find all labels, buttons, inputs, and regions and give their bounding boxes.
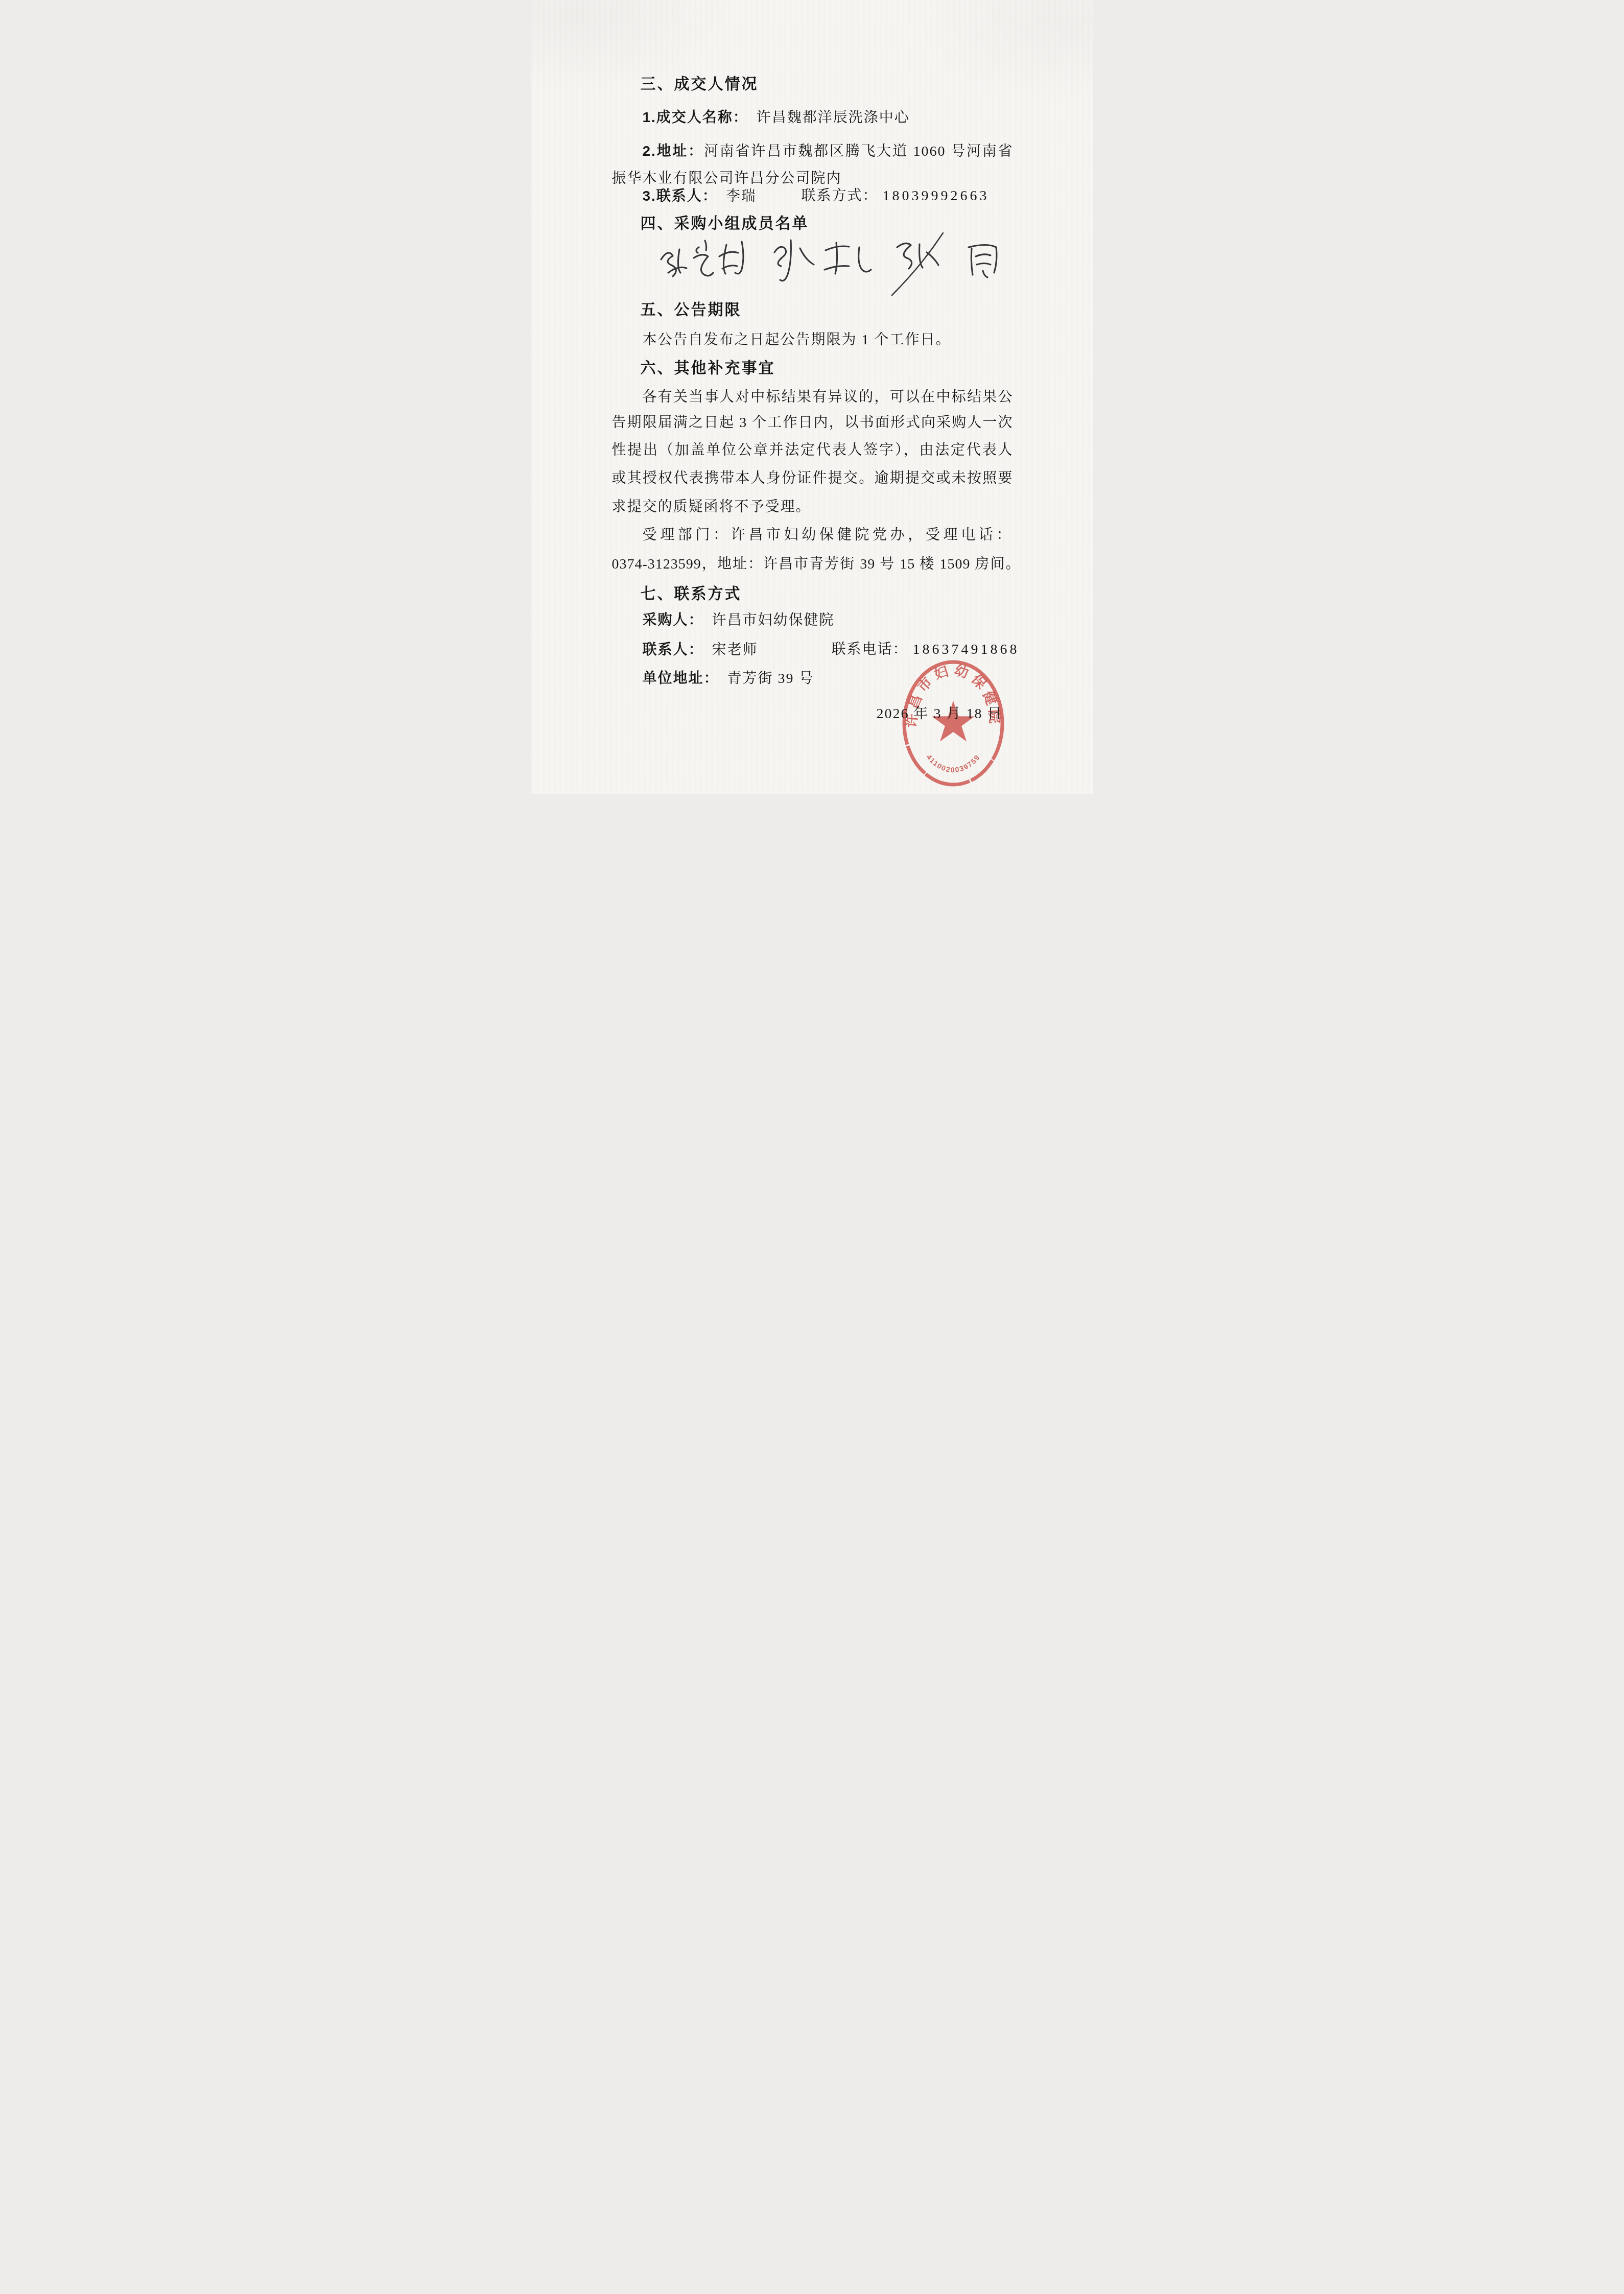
winner-contact-line: 3.联系人：李瑞 联系方式： 18039992663 [643,188,1031,205]
section-7-heading: 七、联系方式 [641,585,742,603]
signature-stroke [825,243,849,274]
winner-name-line: 1.成交人名称：许昌魏都洋辰洗涤中心 [643,109,910,126]
document-date: 2026 年 3 月 18 日 [877,706,1003,722]
objection-line-5: 求提交的质疑函将不予受理。 [612,499,811,515]
winner-address-value: 河南省许昌市魏都区腾飞大道 1060 号河南省 [704,144,1014,159]
signature-stroke [892,233,943,295]
objection-line-3: 性提出（加盖单位公章并法定代表人签字），由法定代表人 [612,442,1014,459]
seal-number: 4110020039759 [925,753,981,774]
contact-line: 联系人：宋老师 联系电话： 18637491868 [643,642,1031,658]
signature-stroke [774,240,791,281]
purchaser-label: 采购人： [643,612,704,628]
winner-contact-label: 3.联系人： [643,188,718,204]
unit-address-value: 青芳街 39 号 [727,671,814,687]
section-3-heading: 三、成交人情况 [641,76,759,93]
notice-period-line: 本公告自发布之日起公告期限为 1 个工作日。 [643,332,951,348]
objection-line-4: 或其授权代表携带本人身份证件提交。逾期提交或未按照要 [612,470,1014,487]
scanned-document-page: 三、成交人情况 1.成交人名称：许昌魏都洋辰洗涤中心 2.地址：河南省许昌市魏都… [531,0,1093,794]
official-seal: 许昌市妇幼保健院 4110020039759 [900,658,1006,789]
signature-stroke [969,245,997,278]
signature-stroke [694,241,713,276]
unit-address-line: 单位地址：青芳街 39 号 [643,670,814,687]
winner-name-label: 1.成交人名称： [643,109,748,125]
acceptance-dept-line: 受理部门：许昌市妇幼保健院党办，受理电话： [643,527,1014,543]
winner-contact-value: 李瑞 [726,188,757,204]
contact-phone-label: 联系电话： [832,642,908,657]
signature-stroke [719,242,743,274]
signature-stroke [858,247,870,272]
purchaser-value: 许昌市妇幼保健院 [712,612,835,628]
acceptance-address-line: 0374-3123599，地址：许昌市青芳街 39 号 15 楼 1509 房间… [612,556,1021,573]
winner-name-value: 许昌魏都洋辰洗涤中心 [757,110,910,126]
winner-phone-label: 联系方式： [802,188,878,204]
objection-line-1: 各有关当事人对中标结果有异议的，可以在中标结果公 [643,389,1014,406]
handwritten-signatures [654,229,1017,305]
svg-text:4110020039759: 4110020039759 [925,753,981,774]
section-6-heading: 六、其他补充事宜 [641,360,775,377]
purchaser-line: 采购人：许昌市妇幼保健院 [643,612,835,629]
contact-phone-group: 联系电话： 18637491868 [832,642,1020,658]
contact-label: 联系人： [643,642,704,657]
winner-address-label: 2.地址： [643,143,704,159]
signature-stroke [661,249,687,276]
unit-address-label: 单位地址： [643,670,719,686]
winner-address-line: 2.地址：河南省许昌市魏都区腾飞大道 1060 号河南省 [643,143,1014,160]
contact-value: 宋老师 [712,642,758,658]
signature-stroke [800,248,814,265]
objection-line-2: 告期限届满之日起 3 个工作日内，以书面形式向采购人一次 [612,415,1014,431]
winner-phone-group: 联系方式： 18039992663 [802,188,990,204]
winner-phone-value: 18039992663 [883,188,990,204]
contact-phone-value: 18637491868 [913,642,1020,657]
winner-address-continuation: 振华木业有限公司许昌分公司院内 [612,171,842,187]
